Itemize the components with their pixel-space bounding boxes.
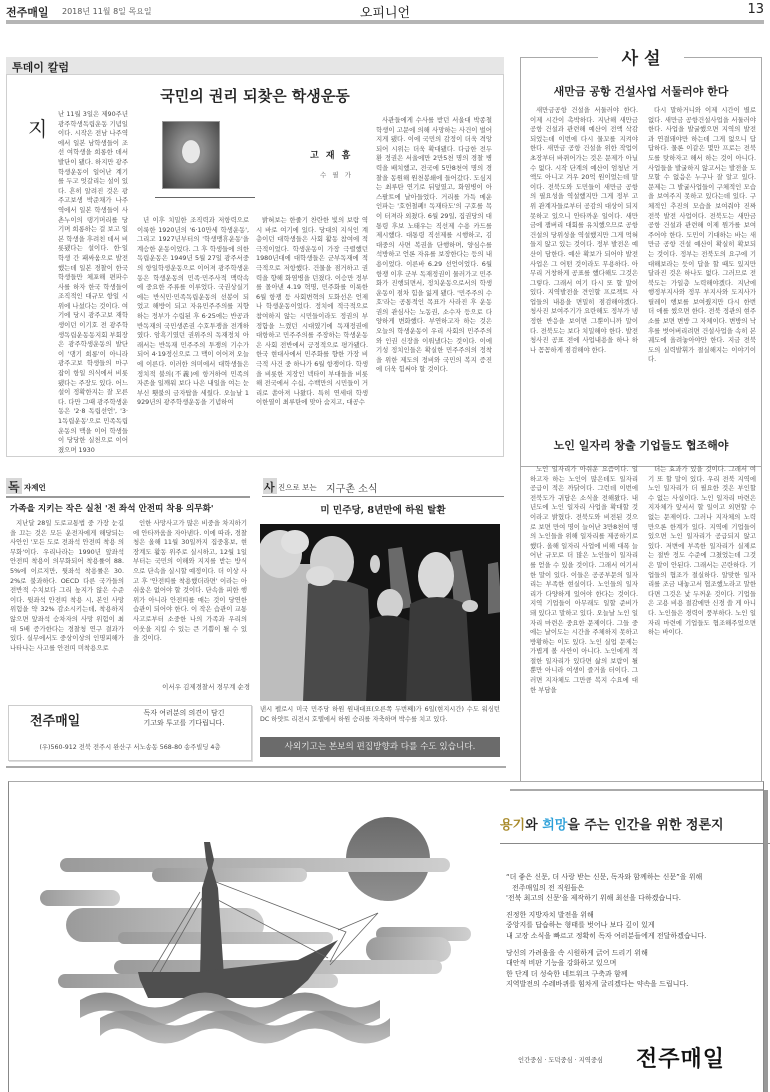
today-column-headline: 국민의 권리 되찾은 학생운동 <box>6 85 504 106</box>
author-rule <box>155 197 255 198</box>
contact-address: (우)560-912 전북 전주시 완산구 서노송동 568-80 송주빌딩 4… <box>8 742 252 751</box>
editorial-2-text-2: 더는 효과가 있을 것이다. 그래서 여기 또 할 말이 있다. 우리 전북 지… <box>648 465 756 771</box>
slogan-courage: 용기 <box>500 818 525 833</box>
ad-tagline: 인간중심 · 도덕중심 · 지역중심 <box>518 1055 603 1064</box>
editorial-headline-2: 노인 일자리 창출 기업들도 협조해야 <box>520 437 762 453</box>
editorial-1-text-2: 다시 말하거니와 이제 시간이 별로 없다. 새만금 공항건설사업을 서둘러야 … <box>648 106 756 432</box>
slogan-hope: 희망 <box>542 818 567 833</box>
photo-label-initial: 사 <box>264 479 275 495</box>
ad-paragraph-2: 진정한 지방자치 발전을 위해 중앙지를 답습하는 형태를 벗어나 보다 깊이 … <box>506 910 766 942</box>
photo-headline: 미 민주당, 8년만에 하원 탈환 <box>262 502 504 516</box>
readers-label-initial: 독 <box>8 478 20 495</box>
author-name: 고 재 흠 <box>310 148 352 161</box>
ad-body: “더 좋은 신문, 더 사랑 받는 신문, 독자와 함께하는 신문”을 위해 전… <box>506 872 766 996</box>
readers-text-2: 인한 사망사고가 많은 비중을 차지하기에 안타까움을 자아낸다. 이에 따라,… <box>133 519 247 681</box>
readers-label: 자제언 <box>24 482 46 493</box>
today-column-text-2: 년 이후 치밀한 조직력과 저항력으로 이룩한 1920년의 '6·10만세 학… <box>137 216 249 454</box>
ad-paragraph-3: 당신의 가려움을 속 시원하게 긁어 드리기 위해 대안적 비판 기능을 강화하… <box>506 948 766 990</box>
today-column-text-4: 사관들에게 수사를 받던 서울대 박종철 학생이 고문에 의해 사망하는 사건이… <box>376 116 492 454</box>
author-role: 수 필 가 <box>320 170 353 179</box>
ad-slogan-rule <box>500 843 770 844</box>
editorial-rule-left <box>520 57 598 58</box>
section-title: 오피니언 <box>6 2 764 21</box>
author-photo <box>162 121 220 189</box>
photo-rule <box>262 496 504 497</box>
photo-label-small: 진으로 보는 <box>278 482 317 493</box>
today-column-label: 투데이 칼럼 <box>12 59 69 75</box>
readers-headline: 가족을 지키는 작은 실천 '전 좌석 안전띠 착용 의무화' <box>10 502 250 514</box>
today-column-text-3: 밝혀보는 한줄기 찬란한 빛의 보람 역시 바로 여기에 있다. 당대의 지식인… <box>256 216 368 454</box>
waves <box>80 993 390 1044</box>
disclaimer-notice: 사외기고는 본보의 편집방향과 다를 수도 있습니다. <box>260 737 500 757</box>
editorial-2-text-1: 노인 일자리가 아쉬운 요즘이다. 일하고자 하는 노인이 많은데도 일자리 공… <box>530 465 638 771</box>
ad-illustration <box>8 782 486 1088</box>
editorial-headline-1: 새만금 공항 건설사업 서둘러야 한다 <box>520 83 762 99</box>
editorial-label: 사 설 <box>598 44 684 69</box>
section-divider <box>6 766 506 768</box>
page-number: 13 <box>747 2 764 17</box>
readers-byline: 이서우 김제경찰서 경무계 순경 <box>6 682 250 691</box>
editorial-1-text-1: 새만금공항 건설을 서둘러야 한다. 이제 시간이 촉박하다. 지난해 새만금 … <box>530 106 638 432</box>
ad-logo: 전주매일 <box>636 1042 725 1073</box>
today-column-header <box>6 57 504 75</box>
ship-illustration <box>8 782 486 1088</box>
contact-message: 독자 여러분의 의견이 담긴 기고와 투고를 기다립니다. <box>124 708 244 728</box>
photo-caption: 낸시 펠로시 미국 민주당 하원 원내대표(오른쪽 두번째)가 6일(현지시간)… <box>260 705 500 725</box>
masthead-rule <box>6 20 764 24</box>
news-photo <box>260 524 500 701</box>
news-photo-illustration <box>260 524 500 701</box>
ad-right-border <box>764 790 768 1092</box>
readers-text-1: 지난달 28일 도로교통법 중 가장 눈길을 끄는 것은 모든 운전자에게 해당… <box>10 519 124 681</box>
contact-logo: 전주매일 <box>30 710 80 729</box>
ad-paragraph-1: “더 좋은 신문, 더 사랑 받는 신문, 독자와 함께하는 신문”을 위해 전… <box>506 872 766 904</box>
today-column-text-1: 난 11월 3일은 제90주년 광주학생독립운동 기념일이다. 시작은 전남 나… <box>16 110 128 454</box>
photo-label-large: 지구촌 소식 <box>326 480 377 495</box>
editorial-rule-right <box>684 57 762 58</box>
ad-slogan: 용기와 희망을 주는 인간을 위한 정론지 <box>500 814 724 833</box>
readers-rule <box>6 496 250 498</box>
